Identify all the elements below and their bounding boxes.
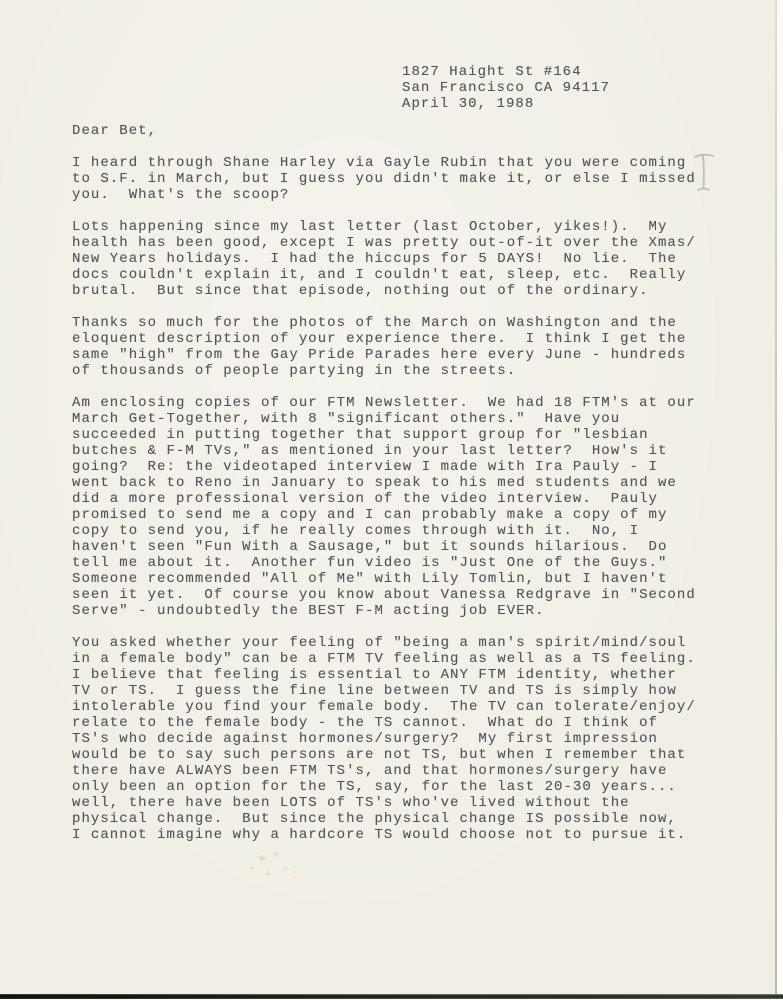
scanned-letter-page: { "colors": { "paper": "#f1efe5", "backg… [0,0,783,1000]
pencil-i-mark-icon [691,148,717,196]
sender-address-block: 1827 Haight St #164 San Francisco CA 941… [402,64,610,112]
letter-paper: 1827 Haight St #164 San Francisco CA 941… [0,0,777,997]
paper-right-edge [775,0,777,997]
stain-mark [230,842,315,892]
paragraph-2: Lots happening since my last letter (las… [72,219,722,299]
paragraph-4: Am enclosing copies of our FTM Newslette… [72,395,722,619]
scan-bottom-edge [0,994,783,999]
salutation: Dear Bet, [72,123,722,139]
paragraph-1: I heard through Shane Harley via Gayle R… [72,155,722,203]
paragraph-3: Thanks so much for the photos of the Mar… [72,315,722,379]
letter-body: Dear Bet, I heard through Shane Harley v… [72,123,722,843]
paragraph-5: You asked whether your feeling of "being… [72,635,722,843]
